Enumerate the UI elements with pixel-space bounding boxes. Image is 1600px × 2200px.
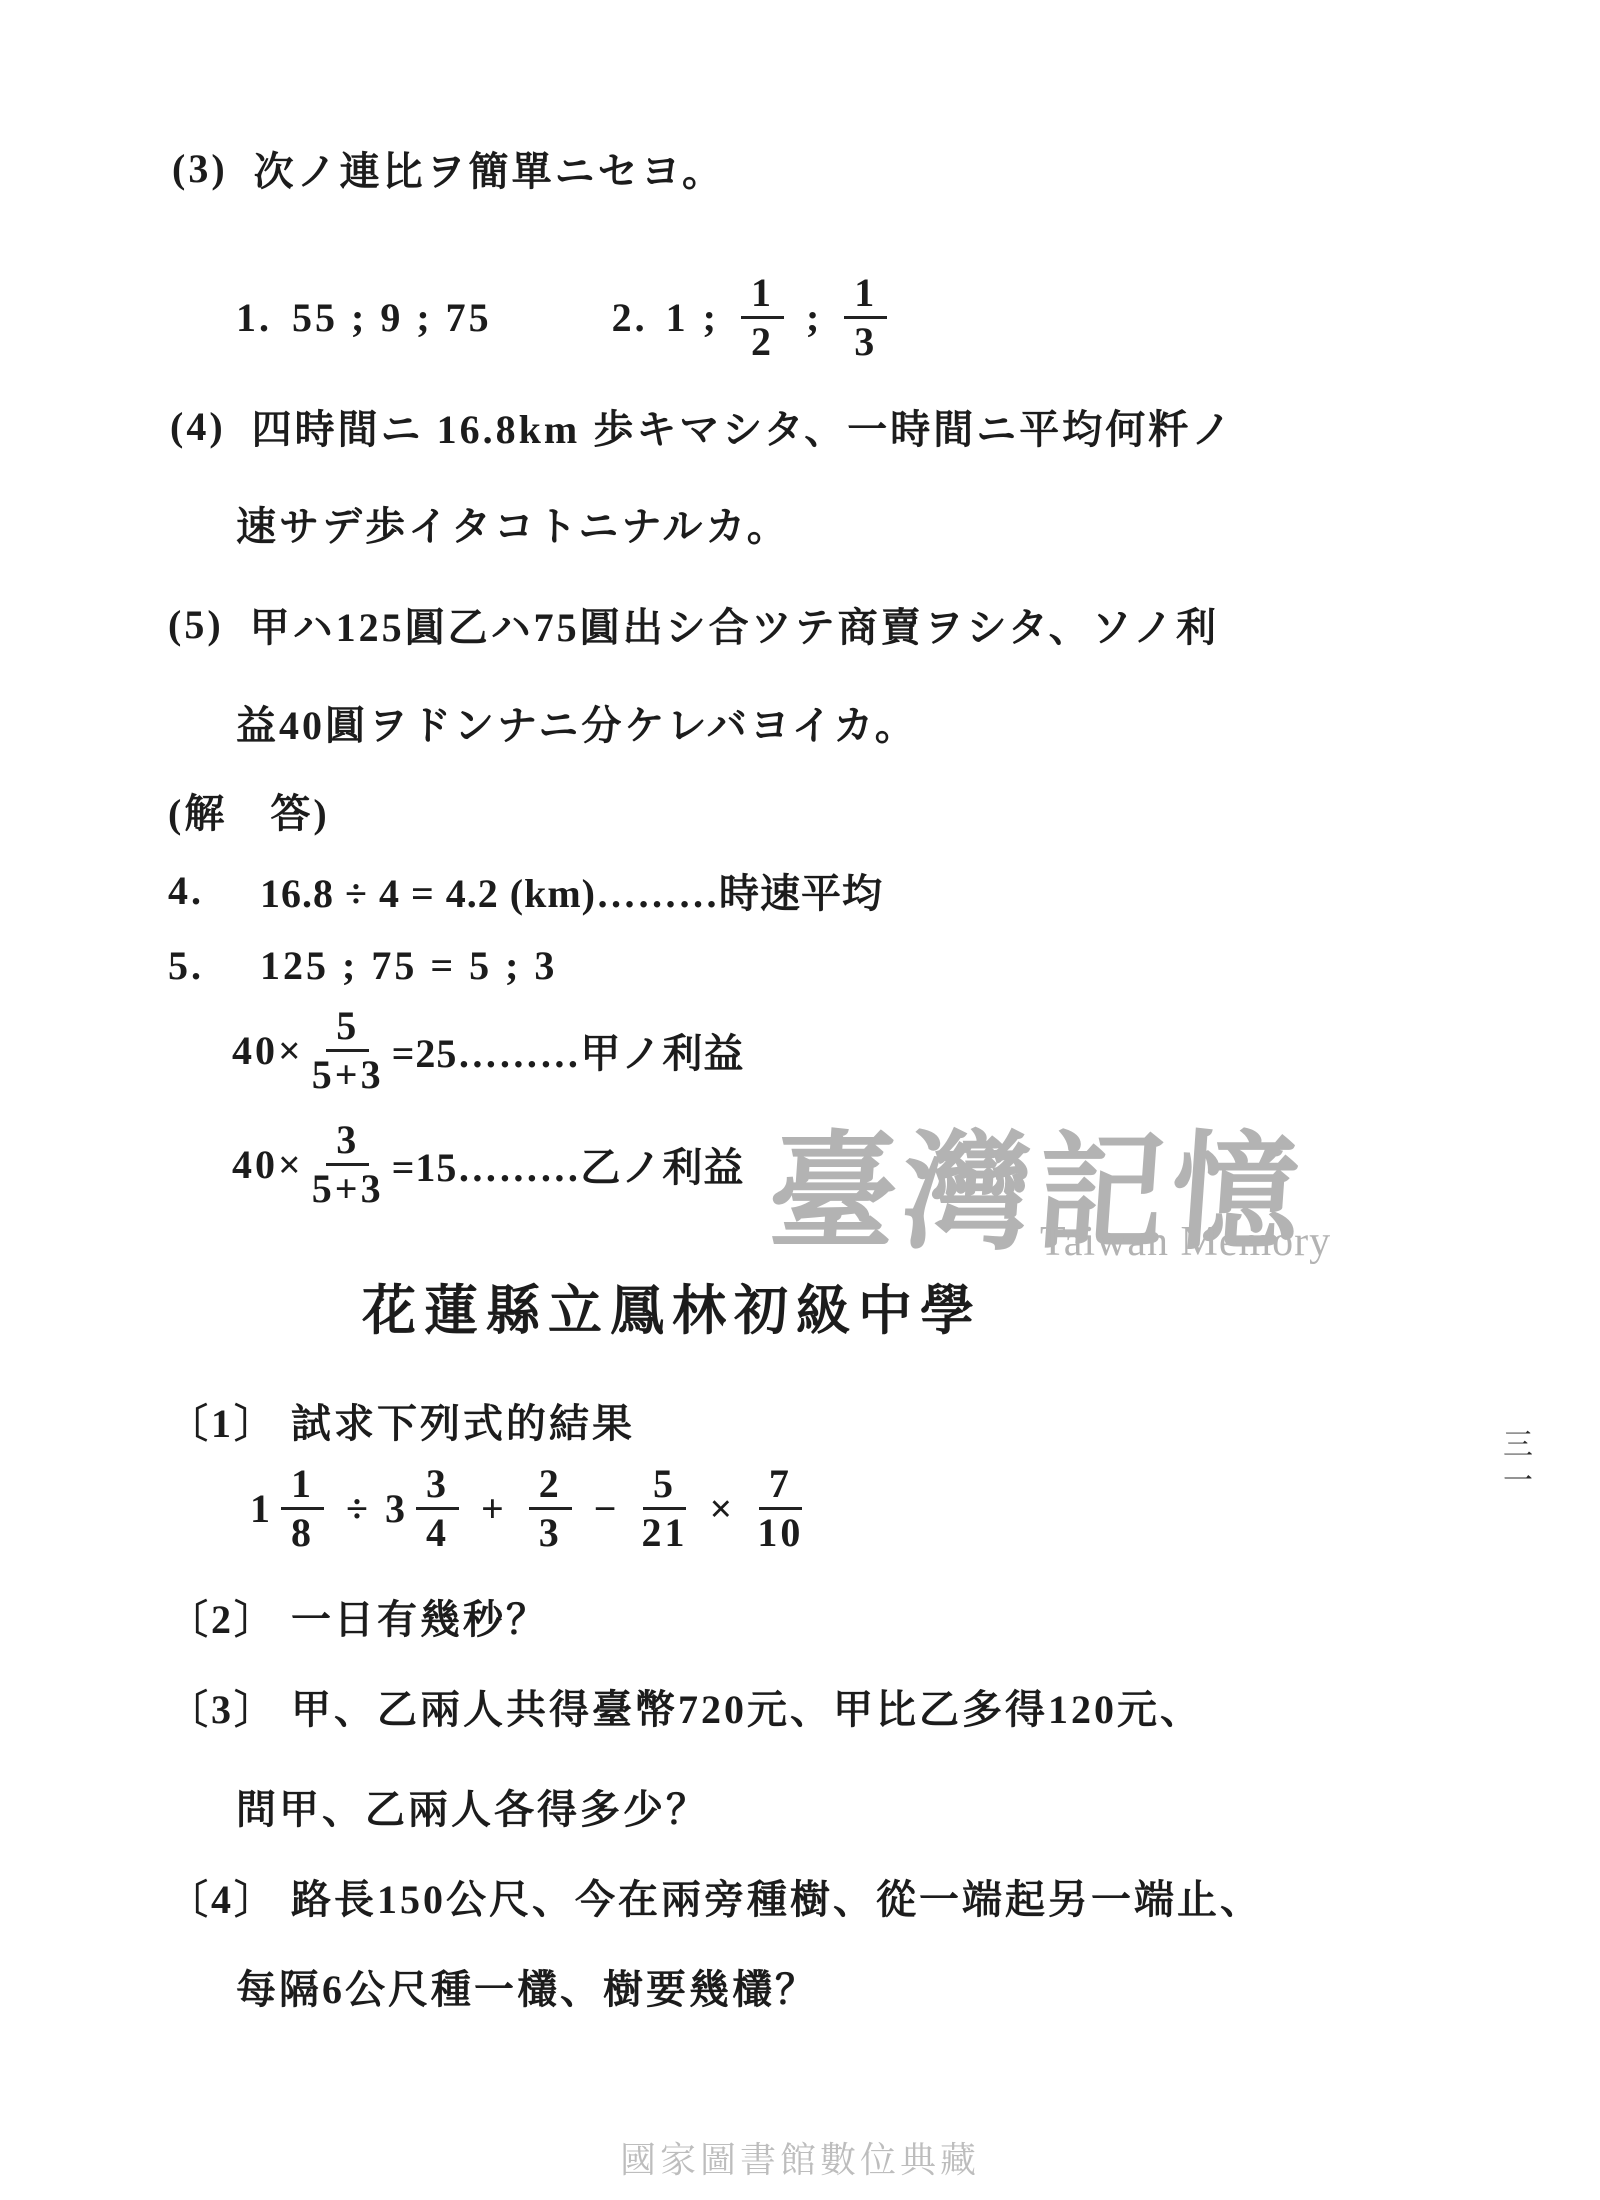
school-question-2-label: 〔2〕 [168,1588,277,1645]
fraction-7-10: 7 10 [757,1463,803,1554]
question-4-text2: 速サデ歩イタコトニナルカ。 [236,504,790,549]
equation-5b-prefix: 40× [232,1141,304,1188]
taiwan-memory-watermark-latin: Taiwan Memory [1040,1218,1331,1266]
divide-operator: ÷ [346,1485,371,1532]
school-question-1-line: 〔1〕 試求下列式的結果 [168,1392,635,1449]
school-question-2-text: 一日有幾秒？ [291,1588,549,1645]
fraction-3-over-5plus3: 3 5+3 [312,1119,384,1210]
vertical-page-number: 三一 [1492,1428,1536,1500]
school-question-2-line: 〔2〕 一日有幾秒？ [168,1588,549,1645]
school-title: 花蓮縣立鳳林初級中學 [362,1268,982,1345]
question-5-line2: 益40圓ヲドンナニ分ケレバヨイカ。 [236,694,918,751]
fraction-denominator: 2 [751,319,774,363]
minus-operator: − [594,1485,620,1532]
question-3-label: (3) [172,145,228,192]
subitem-1-number: 1. [236,294,272,341]
fraction-2-3: 2 3 [529,1463,572,1554]
fraction-5-21: 5 21 [642,1463,688,1554]
question-4-line2: 速サデ歩イタコトニナルカ。 [236,495,790,552]
question-5-label: (5) [168,601,224,648]
answer-4-text: 16.8 ÷ 4 = 4.2 (km)………時速平均 [260,862,883,919]
school-question-1-label: 〔1〕 [168,1392,277,1449]
fraction-one-half: 1 2 [741,272,784,363]
whole-number: 1 [250,1485,273,1532]
school-question-3-label: 〔3〕 [168,1678,277,1735]
fraction-numerator: 2 [529,1463,572,1510]
whole-number: 3 [385,1485,408,1532]
equation-5a-result: =25………甲ノ利益 [392,1022,745,1079]
fraction-denominator: 5+3 [312,1166,384,1210]
answer-5-text: 125 ; 75 = 5 ; 3 [260,942,557,989]
fraction-denominator: 5+3 [312,1052,384,1096]
equation-5a-prefix: 40× [232,1027,304,1074]
fraction-numerator: 3 [326,1119,369,1166]
multiply-operator: × [710,1485,736,1532]
fraction-denominator: 3 [539,1510,562,1554]
school-question-1-expression: 1 1 8 ÷ 3 3 4 + 2 3 − 5 [250,1448,811,1568]
fraction-5-over-5plus3: 5 5+3 [312,1005,384,1096]
fraction-numerator: 5 [643,1463,686,1510]
fraction-numerator: 3 [416,1463,459,1510]
fraction-numerator: 5 [326,1005,369,1052]
question-5-text1: 甲ハ125圓乙ハ75圓出シ合ツテ商賣ヲシタ、ソノ利 [250,596,1219,653]
answer-5-number: 5. [168,942,204,989]
answer-4-number: 4. [168,867,204,914]
subitem-2-value: 1 [666,294,689,341]
ratio-separator: ; [806,294,822,341]
school-question-4-line1: 〔4〕 路長150公尺、今在兩旁種樹、從一端起另一端止、 [168,1868,1263,1925]
question-3-line: (3) 次ノ連比ヲ簡單ニセヨ。 [172,140,725,197]
school-question-4-label: 〔4〕 [168,1868,277,1925]
question-4-text1: 四時間ニ 16.8km 歩キマシタ、一時間ニ平均何粁ノ [252,398,1235,455]
answer-5a-equation: 40× 5 5+3 =25………甲ノ利益 [232,990,744,1110]
fraction-1-8: 1 8 [281,1463,324,1554]
school-question-1-text: 試求下列式的結果 [291,1392,635,1449]
library-digital-archive-footer: 國家圖書館數位典藏 [620,2132,980,2183]
answer-4-line: 4. 16.8 ÷ 4 = 4.2 (km)………時速平均 [168,862,883,919]
school-question-3-line2: 問甲、乙兩人各得多少？ [236,1778,709,1835]
question-5-line1: (5) 甲ハ125圓乙ハ75圓出シ合ツテ商賣ヲシタ、ソノ利 [168,596,1219,653]
fraction-numerator: 1 [281,1463,324,1510]
fraction-denominator: 10 [757,1510,803,1554]
fraction-denominator: 21 [642,1510,688,1554]
scanned-exam-page: (3) 次ノ連比ヲ簡單ニセヨ。 1. 55 ; 9 ; 75 2. 1 ; 1 … [0,0,1600,2200]
subitem-1-values: 55 ; 9 ; 75 [292,294,492,341]
school-question-3-text1: 甲、乙兩人共得臺幣720元、甲比乙多得120元、 [291,1678,1203,1735]
question-3-text: 次ノ連比ヲ簡單ニセヨ。 [254,140,725,197]
fraction-numerator: 1 [741,272,784,319]
ratio-separator: ; [703,294,719,341]
school-question-3-line1: 〔3〕 甲、乙兩人共得臺幣720元、甲比乙多得120元、 [168,1678,1203,1735]
school-question-3-text2: 問甲、乙兩人各得多少？ [236,1787,709,1832]
fraction-numerator: 7 [759,1463,802,1510]
answers-header: (解 答) [168,782,330,839]
question-4-line1: (4) 四時間ニ 16.8km 歩キマシタ、一時間ニ平均何粁ノ [170,398,1234,455]
fraction-3-4: 3 4 [416,1463,459,1554]
fraction-denominator: 3 [854,319,877,363]
school-question-4-text1: 路長150公尺、今在兩旁種樹、從一端起另一端止、 [291,1868,1263,1925]
question-5-text2: 益40圓ヲドンナニ分ケレバヨイカ。 [236,703,918,748]
answer-5b-equation: 40× 3 5+3 =15………乙ノ利益 [232,1104,744,1224]
equation-5b-result: =15………乙ノ利益 [392,1136,745,1193]
fraction-denominator: 4 [426,1510,449,1554]
question-3-subitems: 1. 55 ; 9 ; 75 2. 1 ; 1 2 ; 1 3 [236,262,895,372]
mixed-number-1-1-8: 1 1 8 [250,1463,332,1554]
answer-5-line: 5. 125 ; 75 = 5 ; 3 [168,942,557,989]
question-4-label: (4) [170,403,226,450]
school-question-4-line2: 每隔6公尺種一欉、樹要幾欉？ [236,1958,818,2015]
plus-operator: + [481,1485,507,1532]
school-question-4-text2: 每隔6公尺種一欉、樹要幾欉？ [236,1967,818,2012]
fraction-one-third: 1 3 [844,272,887,363]
fraction-numerator: 1 [844,272,887,319]
subitem-2-number: 2. [612,294,648,341]
answers-header-text: (解 答) [168,791,330,836]
mixed-number-3-3-4: 3 3 4 [385,1463,467,1554]
fraction-denominator: 8 [291,1510,314,1554]
